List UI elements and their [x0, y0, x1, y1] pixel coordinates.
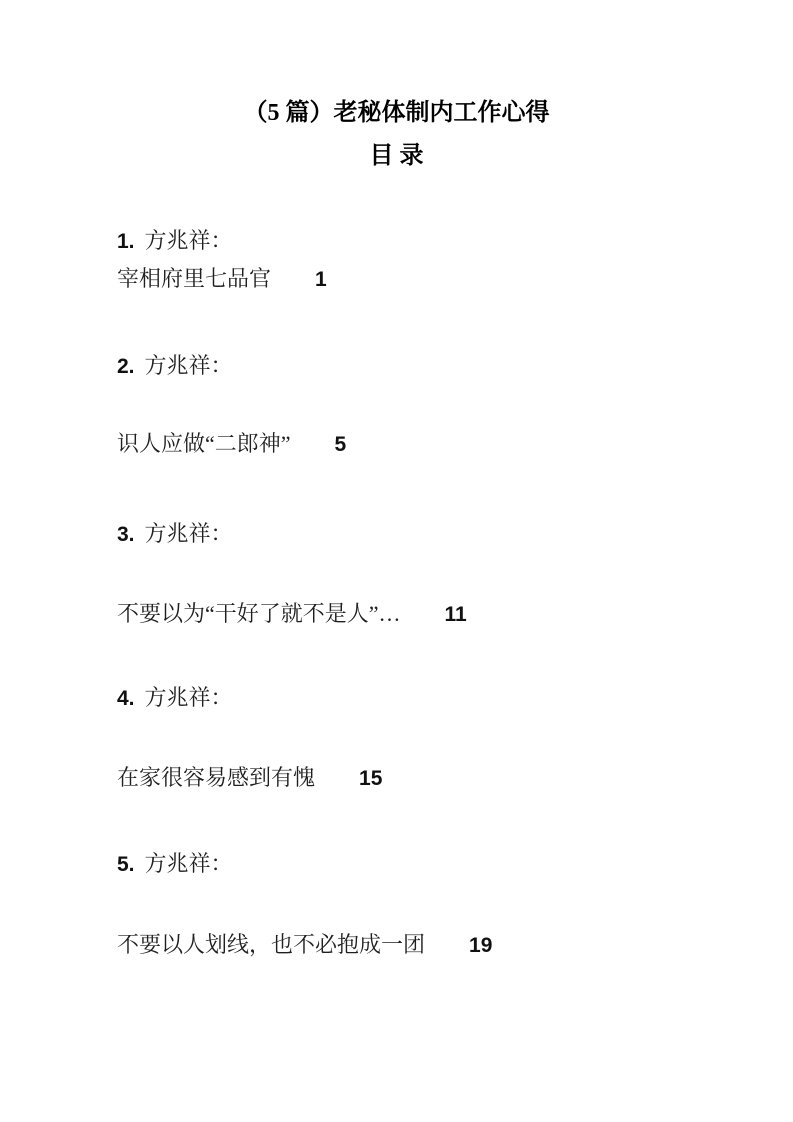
entry-page-number: 1 — [315, 268, 327, 291]
entry-title: 不要以为“干好了就不是人”… — [117, 601, 401, 626]
entry-number: 3. — [117, 523, 135, 546]
entry-title: 不要以人划线，也不必抱成一团 — [117, 932, 425, 957]
toc-entry-title-line: 不要以为“干好了就不是人”…11 — [117, 600, 717, 629]
entry-author: 方兆祥： — [145, 228, 233, 253]
toc-entry-number-line: 1.方兆祥： — [117, 227, 717, 256]
entry-author: 方兆祥： — [145, 353, 233, 378]
toc-entry-number-line: 3.方兆祥： — [117, 520, 717, 549]
entry-page-number: 11 — [445, 603, 467, 626]
toc-entry-number-line: 5.方兆祥： — [117, 850, 717, 879]
entry-author: 方兆祥： — [145, 851, 233, 876]
toc-entry-number-line: 4.方兆祥： — [117, 684, 717, 713]
entry-title: 识人应做“二郎神” — [117, 431, 291, 456]
entry-title: 在家很容易感到有愧 — [117, 765, 315, 790]
toc-entry-title-line: 宰相府里七品官1 — [117, 265, 717, 294]
entry-page-number: 5 — [335, 433, 347, 456]
entry-number: 2. — [117, 355, 135, 378]
entry-page-number: 15 — [359, 767, 382, 790]
entry-page-number: 19 — [469, 934, 492, 957]
toc-entry-number-line: 2.方兆祥： — [117, 352, 717, 381]
entry-number: 4. — [117, 687, 135, 710]
entry-title: 宰相府里七品官 — [117, 266, 271, 291]
entry-number: 1. — [117, 230, 135, 253]
document-page: （5 篇）老秘体制内工作心得 目 录 1.方兆祥： 宰相府里七品官1 2.方兆祥… — [0, 0, 793, 1122]
toc-entry-title-line: 在家很容易感到有愧15 — [117, 764, 717, 793]
toc-entry-title-line: 识人应做“二郎神”5 — [117, 430, 717, 459]
toc-heading: 目 录 — [0, 140, 793, 172]
document-title: （5 篇）老秘体制内工作心得 — [0, 97, 793, 129]
entry-author: 方兆祥： — [145, 685, 233, 710]
entry-number: 5. — [117, 853, 135, 876]
entry-author: 方兆祥： — [145, 521, 233, 546]
toc-entry-title-line: 不要以人划线，也不必抱成一团19 — [117, 931, 717, 960]
